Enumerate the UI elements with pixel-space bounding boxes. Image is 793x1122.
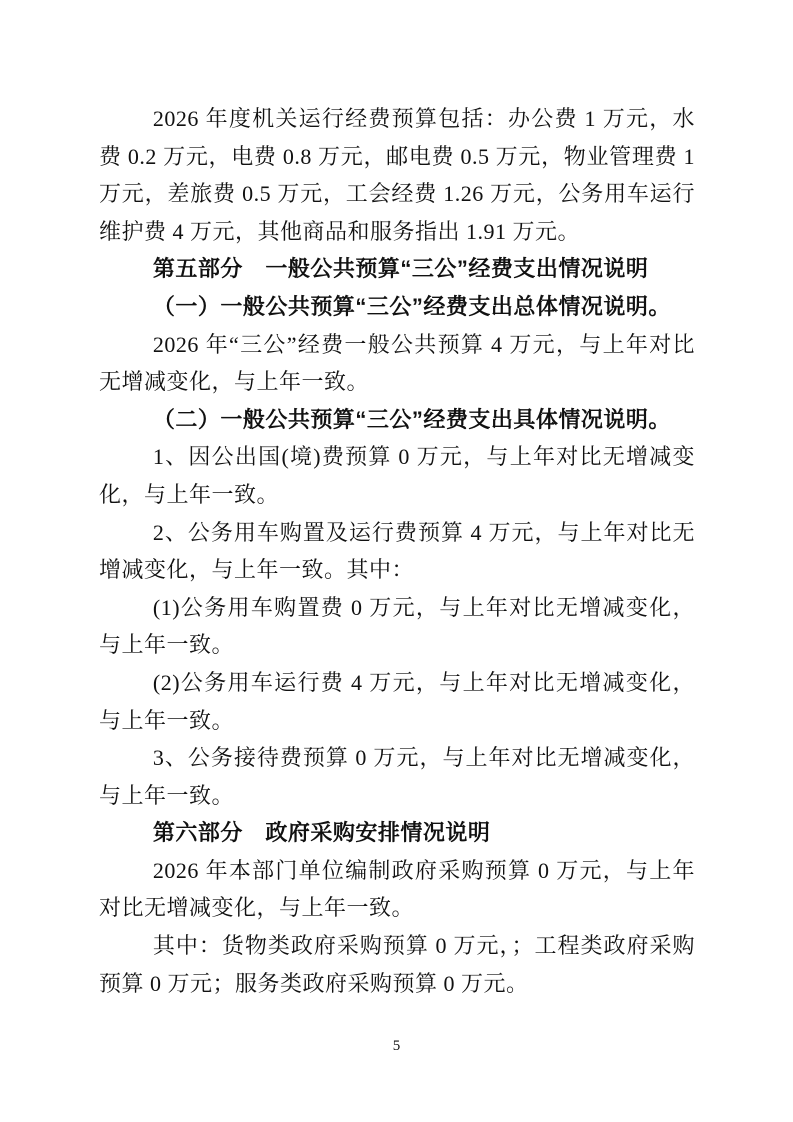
sub-heading: （二）一般公共预算“三公”经费支出具体情况说明。: [99, 401, 695, 439]
sub-heading: （一）一般公共预算“三公”经费支出总体情况说明。: [99, 288, 695, 326]
document-body: 2026 年度机关运行经费预算包括：办公费 1 万元，水费 0.2 万元，电费 …: [99, 100, 695, 1002]
body-paragraph: 2026 年“三公”经费一般公共预算 4 万元，与上年对比无增减变化，与上年一致…: [99, 326, 695, 401]
body-paragraph: (2)公务用车运行费 4 万元，与上年对比无增减变化，与上年一致。: [99, 664, 695, 739]
page-footer: 5: [0, 1037, 793, 1055]
body-paragraph: 2026 年本部门单位编制政府采购预算 0 万元，与上年对比无增减变化，与上年一…: [99, 852, 695, 927]
body-paragraph: 3、公务接待费预算 0 万元，与上年对比无增减变化，与上年一致。: [99, 739, 695, 814]
body-paragraph: (1)公务用车购置费 0 万元，与上年对比无增减变化，与上年一致。: [99, 589, 695, 664]
document-page: 2026 年度机关运行经费预算包括：办公费 1 万元，水费 0.2 万元，电费 …: [0, 0, 793, 1122]
body-paragraph: 其中：货物类政府采购预算 0 万元，；工程类政府采购预算 0 万元；服务类政府采…: [99, 927, 695, 1002]
body-paragraph: 2026 年度机关运行经费预算包括：办公费 1 万元，水费 0.2 万元，电费 …: [99, 100, 695, 250]
body-paragraph: 1、因公出国(境)费预算 0 万元，与上年对比无增减变化，与上年一致。: [99, 438, 695, 513]
body-paragraph: 2、公务用车购置及运行费预算 4 万元，与上年对比无增减变化，与上年一致。其中：: [99, 514, 695, 589]
page-number: 5: [393, 1038, 401, 1054]
section-heading: 第六部分 政府采购安排情况说明: [99, 814, 695, 852]
section-heading: 第五部分 一般公共预算“三公”经费支出情况说明: [99, 250, 695, 288]
